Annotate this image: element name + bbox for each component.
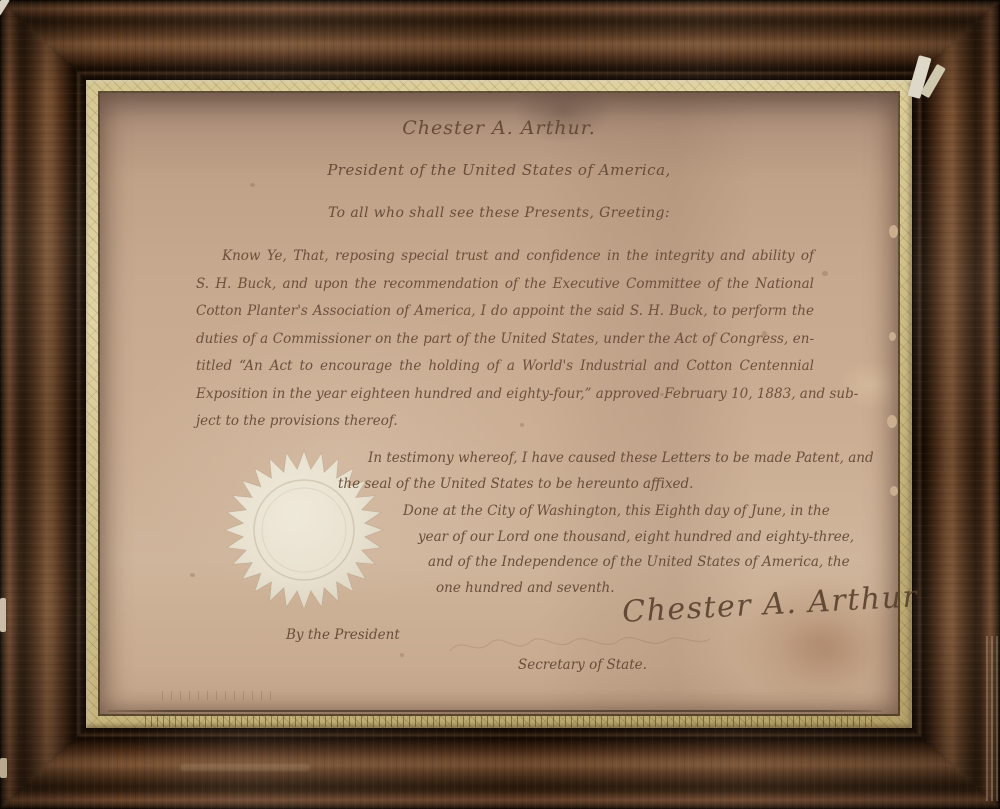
president-signature: Chester A. Arthur [621, 579, 922, 630]
liner-wear-spot [890, 486, 898, 496]
testimony-line: and of the Independence of the United St… [428, 554, 850, 570]
frame-molding-top [0, 0, 1000, 80]
testimony-line: In testimony whereof, I have caused thes… [368, 450, 874, 466]
stain [822, 271, 828, 276]
body-line: Cotton Planter's Association of America,… [196, 298, 814, 326]
stain [250, 183, 255, 187]
testimony-line: Done at the City of Washington, this Eig… [403, 503, 830, 519]
liner-wear-ticks [145, 716, 873, 727]
testimony-line: the seal of the United States to be here… [338, 476, 693, 492]
stain [400, 653, 404, 657]
testimony-line: year of our Lord one thousand, eight hun… [418, 529, 854, 545]
liner-wear-spot [887, 415, 897, 428]
stain [762, 331, 767, 336]
document-subtitle: President of the United States of Americ… [100, 161, 898, 179]
document-salutation: To all who shall see these Presents, Gre… [100, 205, 898, 221]
document-paper: Chester A. Arthur. President of the Unit… [100, 93, 898, 714]
frame-edge-wear [986, 636, 1000, 801]
liner-wear-spot [889, 332, 896, 341]
testimony-line: one hundred and seventh. [436, 580, 615, 596]
stain [190, 573, 195, 577]
frame-molding-bottom [0, 728, 1000, 809]
seal-starburst-icon [222, 448, 386, 612]
body-line: S. H. Buck, and upon the recommendation … [196, 271, 814, 299]
frame-scuff [180, 764, 310, 771]
stain [660, 393, 664, 396]
frame-chip [0, 598, 6, 632]
body-line: ject to the provisions thereof. [196, 408, 814, 436]
body-line: duties of a Commissioner on the part of … [196, 326, 814, 354]
framed-document-photo: Chester A. Arthur. President of the Unit… [0, 0, 1000, 809]
secretary-of-state-label: Secretary of State. [518, 657, 647, 673]
body-line: Exposition in the year eighteen hundred … [196, 381, 814, 409]
body-line: Know Ye, That, reposing special trust an… [196, 243, 814, 271]
document-title: Chester A. Arthur. [100, 117, 898, 139]
embossed-paper-seal [222, 448, 386, 612]
frame-chip [0, 758, 7, 778]
stain [520, 423, 524, 427]
pencil-marks [162, 691, 272, 700]
by-the-president-label: By the President [286, 627, 400, 643]
paper-bottom-edge-line [108, 710, 882, 712]
frame-molding-left [0, 0, 86, 809]
liner-wear-spot [889, 225, 898, 238]
body-line: titled “An Act to encourage the holding … [196, 353, 814, 381]
appointment-body-text: Know Ye, That, reposing special trust an… [196, 243, 814, 436]
